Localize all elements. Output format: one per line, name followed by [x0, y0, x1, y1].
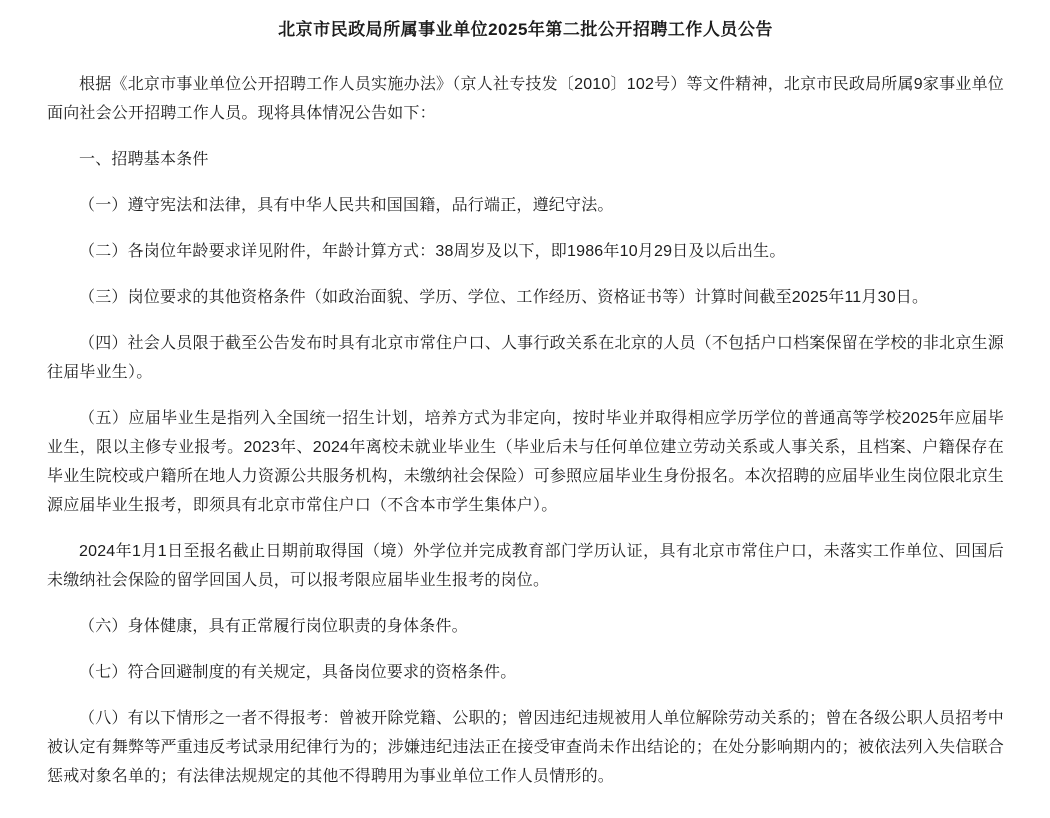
document-title: 北京市民政局所属事业单位2025年第二批公开招聘工作人员公告 — [47, 19, 1004, 41]
section-1-heading: 一、招聘基本条件 — [47, 145, 1004, 174]
intro-paragraph: 根据《北京市事业单位公开招聘工作人员实施办法》（京人社专技发〔2010〕102号… — [47, 70, 1004, 128]
document-title-text: 北京市民政局所属事业单位2025年第二批公开招聘工作人员公告 — [278, 20, 773, 39]
announcement-document: 北京市民政局所属事业单位2025年第二批公开招聘工作人员公告 根据《北京市事业单… — [0, 0, 1050, 818]
clause-3-paragraph: （三）岗位要求的其他资格条件（如政治面貌、学历、学位、工作经历、资格证书等）计算… — [47, 283, 1004, 312]
clause-5-continuation-paragraph: 2024年1月1日至报名截止日期前取得国（境）外学位并完成教育部门学历认证，具有… — [47, 537, 1004, 595]
clause-2-paragraph: （二）各岗位年龄要求详见附件，年龄计算方式：38周岁及以下，即1986年10月2… — [47, 237, 1004, 266]
clause-5-paragraph: （五）应届毕业生是指列入全国统一招生计划，培养方式为非定向，按时毕业并取得相应学… — [47, 404, 1004, 520]
clause-4-paragraph: （四）社会人员限于截至公告发布时具有北京市常住户口、人事行政关系在北京的人员（不… — [47, 329, 1004, 387]
clause-6-paragraph: （六）身体健康，具有正常履行岗位职责的身体条件。 — [47, 612, 1004, 641]
clause-1-paragraph: （一）遵守宪法和法律，具有中华人民共和国国籍，品行端正，遵纪守法。 — [47, 191, 1004, 220]
clause-7-paragraph: （七）符合回避制度的有关规定，具备岗位要求的资格条件。 — [47, 658, 1004, 687]
clause-8-paragraph: （八）有以下情形之一者不得报考：曾被开除党籍、公职的；曾因违纪违规被用人单位解除… — [47, 704, 1004, 791]
